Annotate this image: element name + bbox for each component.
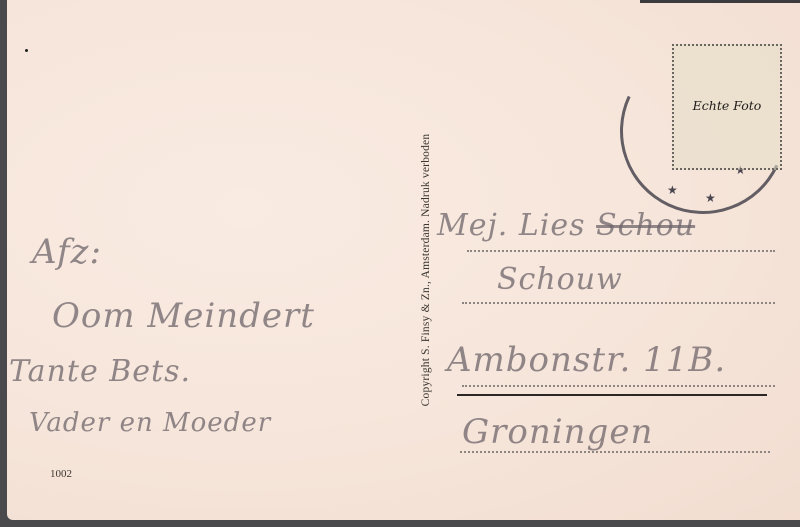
stamp-box: Echte Foto <box>672 44 782 170</box>
postcard-back: Copyright S. Finsy & Zn., Amsterdam. Nad… <box>7 0 800 520</box>
recipient-city: Groningen <box>462 412 653 452</box>
sender-heading: Afz: <box>32 232 102 272</box>
address-line-2 <box>462 302 775 304</box>
address-underline <box>457 394 767 396</box>
serial-number: 1002 <box>50 468 72 480</box>
stamp-box-label: Echte Foto <box>674 98 780 113</box>
address-line-3 <box>462 385 775 387</box>
recipient-street: Ambonstr. 11B. <box>447 340 726 380</box>
struck-text: Schou <box>596 208 695 243</box>
sender-line: Vader en Moeder <box>29 408 271 438</box>
scanner-edge <box>640 0 800 3</box>
postmark-star-icon: ★ <box>705 191 716 206</box>
ink-speck <box>25 49 28 52</box>
copyright-line: Copyright S. Finsy & Zn., Amsterdam. Nad… <box>420 134 432 407</box>
postmark-star-icon: ★ <box>667 183 678 198</box>
recipient-surname: Schouw <box>497 262 623 297</box>
sender-line: Oom Meindert <box>52 296 315 336</box>
recipient-name: Mej. Lies Schou <box>437 208 695 243</box>
address-line-1 <box>467 250 775 252</box>
sender-line: Tante Bets. <box>9 354 191 389</box>
